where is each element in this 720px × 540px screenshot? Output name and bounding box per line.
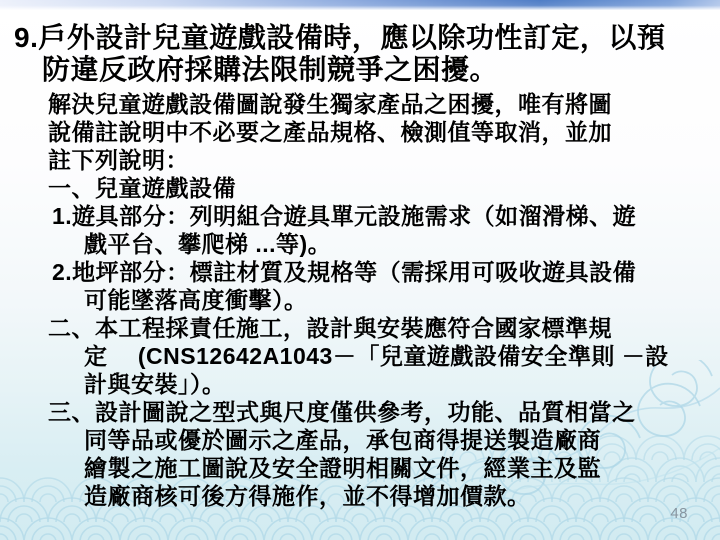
slide-body: 解決兒童遊戲設備圖說發生獨家產品之困擾，唯有將圖說備註說明中不必要之產品規格、檢…	[0, 90, 720, 510]
text-line: 2.地坪部分：標註材質及規格等（需採用可吸收遊具設備	[0, 258, 720, 286]
text-line: 註下列說明：	[0, 146, 720, 174]
text-line: 一、兒童遊戲設備	[0, 174, 720, 202]
text-line: 同等品或優於圖示之產品，承包商得提送製造廠商	[0, 426, 720, 454]
text-line: 防違反政府採購法限制競爭之困擾。	[0, 54, 720, 86]
text-line: 造廠商核可後方得施作，並不得增加價款。	[0, 482, 720, 510]
text-line: 解決兒童遊戲設備圖說發生獨家產品之困擾，唯有將圖	[0, 90, 720, 118]
text-line: 二、本工程採責任施工，設計與安裝應符合國家標準規	[0, 314, 720, 342]
slide-title: 9.戶外設計兒童遊戲設備時，應以除功性訂定，以預防違反政府採購法限制競爭之困擾。	[0, 22, 720, 86]
text-line: 計與安裝」）。	[0, 370, 720, 398]
top-gradient-bar	[0, 0, 720, 10]
slide: 9.戶外設計兒童遊戲設備時，應以除功性訂定，以預防違反政府採購法限制競爭之困擾。…	[0, 0, 720, 540]
text-line: 1.遊具部分：列明組合遊具單元設施需求（如溜滑梯、遊	[0, 202, 720, 230]
text-line: 繪製之施工圖說及安全證明相關文件，經業主及監	[0, 454, 720, 482]
text-line: 三、設計圖說之型式與尺度僅供參考，功能、品質相當之	[0, 398, 720, 426]
slide-text: 9.戶外設計兒童遊戲設備時，應以除功性訂定，以預防違反政府採購法限制競爭之困擾。…	[0, 22, 720, 510]
text-line: 9.戶外設計兒童遊戲設備時，應以除功性訂定，以預	[0, 22, 720, 54]
text-line: 說備註說明中不必要之產品規格、檢測值等取消，並加	[0, 118, 720, 146]
page-number: 48	[670, 505, 688, 522]
text-line: 定 (CNS12642A1043－「兒童遊戲設備安全準則 －設	[0, 342, 720, 370]
text-line: 戲平台、攀爬梯 ...等)。	[0, 230, 720, 258]
text-line: 可能墜落高度衝擊）。	[0, 286, 720, 314]
